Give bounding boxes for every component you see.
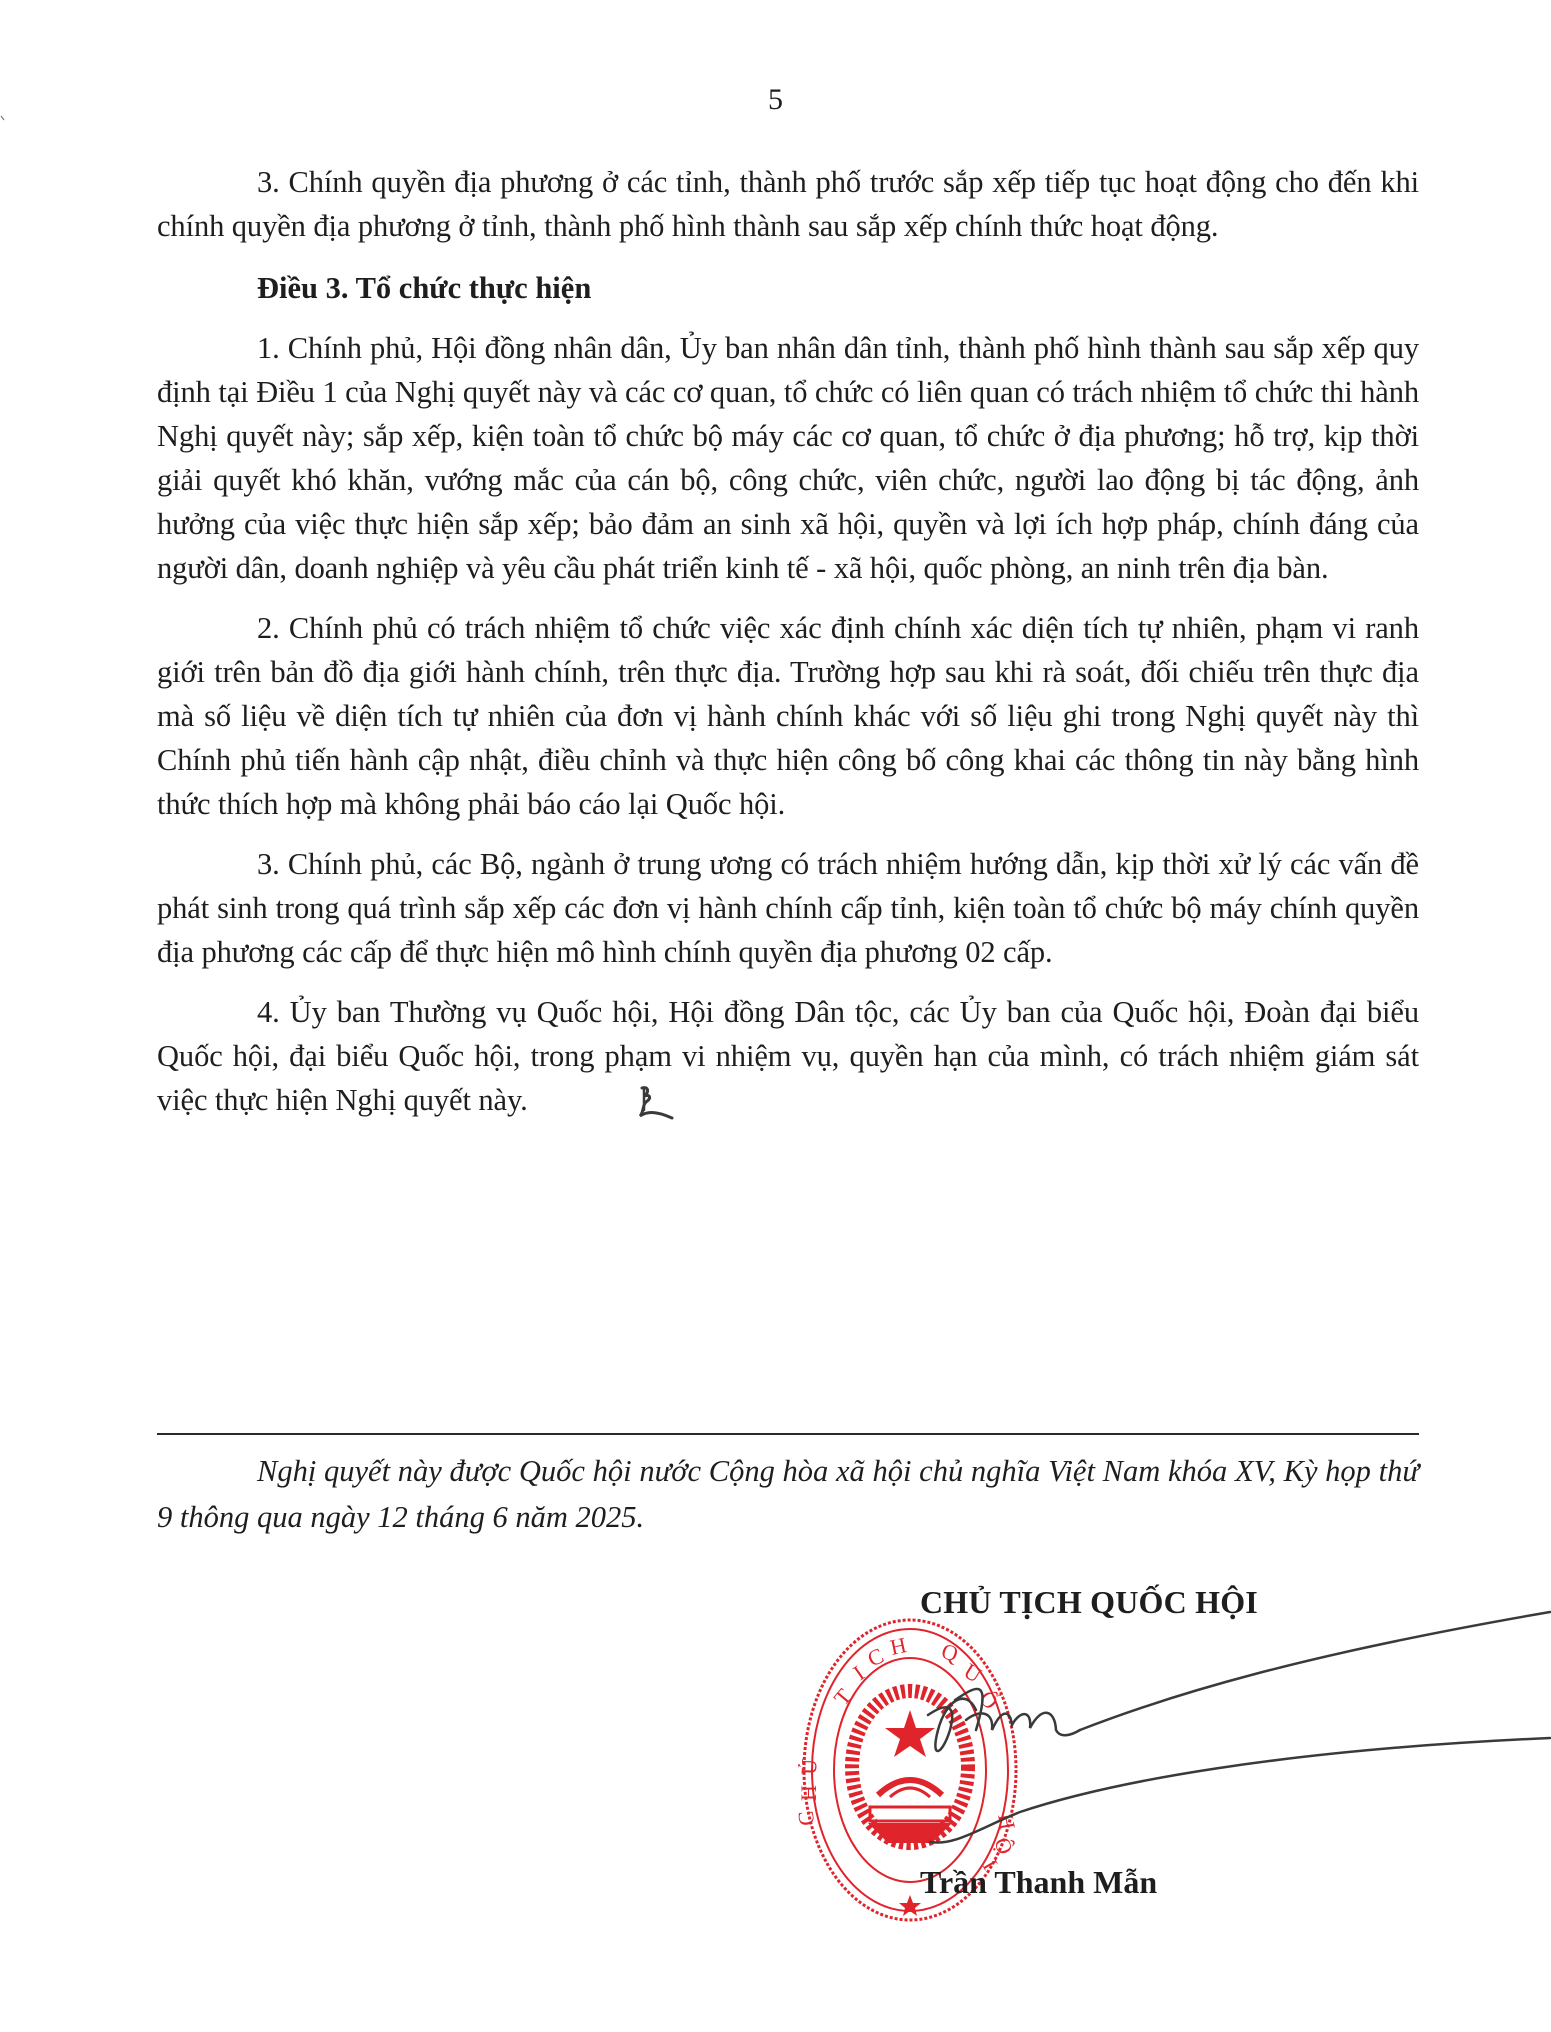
- signature-block: CHỦ TỊCH QUỐC HỘI T I C H Q U Ố: [780, 1560, 1551, 2030]
- article3-clause4-text: 4. Ủy ban Thường vụ Quốc hội, Hội đồng D…: [157, 995, 1419, 1117]
- page-number: 5: [0, 80, 1551, 120]
- separator-line: [157, 1433, 1419, 1435]
- article3-clause3: 3. Chính phủ, các Bộ, ngành ở trung ương…: [157, 842, 1419, 974]
- adoption-note: Nghị quyết này được Quốc hội nước Cộng h…: [157, 1448, 1419, 1540]
- article3-clause4: 4. Ủy ban Thường vụ Quốc hội, Hội đồng D…: [157, 990, 1419, 1126]
- handwritten-signature-icon: [780, 1560, 1551, 2030]
- article3-heading: Điều 3. Tổ chức thực hiện: [157, 266, 1419, 310]
- article3-clause2: 2. Chính phủ có trách nhiệm tổ chức việc…: [157, 606, 1419, 826]
- initials-mark-icon: [532, 1082, 576, 1126]
- signer-name: Trần Thanh Mẫn: [920, 1862, 1157, 1902]
- article3-clause1: 1. Chính phủ, Hội đồng nhân dân, Ủy ban …: [157, 326, 1419, 590]
- article2-clause3: 3. Chính quyền địa phương ở các tỉnh, th…: [157, 160, 1419, 248]
- document-body: 3. Chính quyền địa phương ở các tỉnh, th…: [157, 160, 1419, 1142]
